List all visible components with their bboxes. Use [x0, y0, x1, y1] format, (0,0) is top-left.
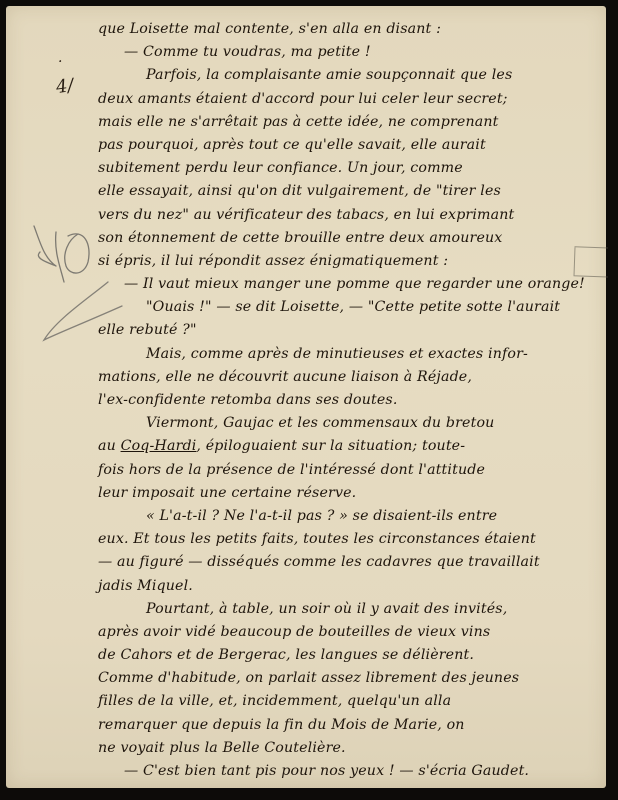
text-line: deux amants étaient d'accord pour lui ce…	[98, 88, 613, 111]
text-line: l'ex-confidente retomba dans ses doutes.	[98, 389, 613, 412]
text-line: — Comme tu voudras, ma petite !	[98, 41, 613, 64]
scan-border-right	[608, 0, 618, 800]
text-line: subitement perdu leur confiance. Un jour…	[98, 157, 613, 180]
text-line: — Il vaut mieux manger une pomme que reg…	[98, 273, 613, 296]
text-line: vers du nez" au vérificateur des tabacs,…	[98, 204, 613, 227]
manuscript-page: . 4/ que Loisette mal contente, s'en all…	[6, 6, 606, 788]
text-line: ne voyait plus la Belle Coutelière.	[98, 737, 613, 760]
text-line: après avoir vidé beaucoup de bouteilles …	[98, 621, 613, 644]
text-line: Parfois, la complaisante amie soupçonnai…	[98, 64, 613, 87]
text-line: "Ouais !" — se dit Loisette, — "Cette pe…	[98, 296, 613, 319]
text-line: elle rebuté ?"	[98, 319, 613, 342]
text-line: Pourtant, à table, un soir où il y avait…	[98, 598, 613, 621]
text-line: Comme d'habitude, on parlait assez libre…	[98, 667, 613, 690]
text-line: — C'est bien tant pis pour nos yeux ! — …	[98, 760, 613, 783]
text-line-underlined: au Coq-Hardi, épiloguaient sur la situat…	[98, 435, 613, 458]
text-line: mais elle ne s'arrêtait pas à cette idée…	[98, 111, 613, 134]
underlined-name: Coq-Hardi	[121, 438, 197, 454]
text-line: « L'a-t-il ? Ne l'a-t-il pas ? » se disa…	[98, 505, 613, 528]
text-line: mations, elle ne découvrit aucune liaiso…	[98, 366, 613, 389]
text-line: fois hors de la présence de l'intéressé …	[98, 459, 613, 482]
text-line: Mais, comme après de minutieuses et exac…	[98, 343, 613, 366]
text-line: son étonnement de cette brouille entre d…	[98, 227, 613, 250]
page-marker: 4/	[55, 75, 75, 98]
text-line: de Cahors et de Bergerac, les langues se…	[98, 644, 613, 667]
margin-dot: .	[58, 50, 62, 66]
text-line: eux. Et tous les petits faits, toutes le…	[98, 528, 613, 551]
text-line: filles de la ville, et, incidemment, que…	[98, 690, 613, 713]
text-line: elle essayait, ainsi qu'on dit vulgairem…	[98, 180, 613, 203]
text-line: remarquer que depuis la fin du Mois de M…	[98, 714, 613, 737]
text-line: jadis Miquel.	[98, 575, 613, 598]
text-line: Viermont, Gaujac et les commensaux du br…	[98, 412, 613, 435]
text-line: que Loisette mal contente, s'en alla en …	[98, 18, 613, 41]
manuscript-text: que Loisette mal contente, s'en alla en …	[98, 18, 613, 783]
text-line: leur imposait une certaine réserve.	[98, 482, 613, 505]
text-line: pas pourquoi, après tout ce qu'elle sava…	[98, 134, 613, 157]
text-line: — au figuré — disséqués comme les cadavr…	[98, 551, 613, 574]
text-line: si épris, il lui répondit assez énigmati…	[98, 250, 613, 273]
